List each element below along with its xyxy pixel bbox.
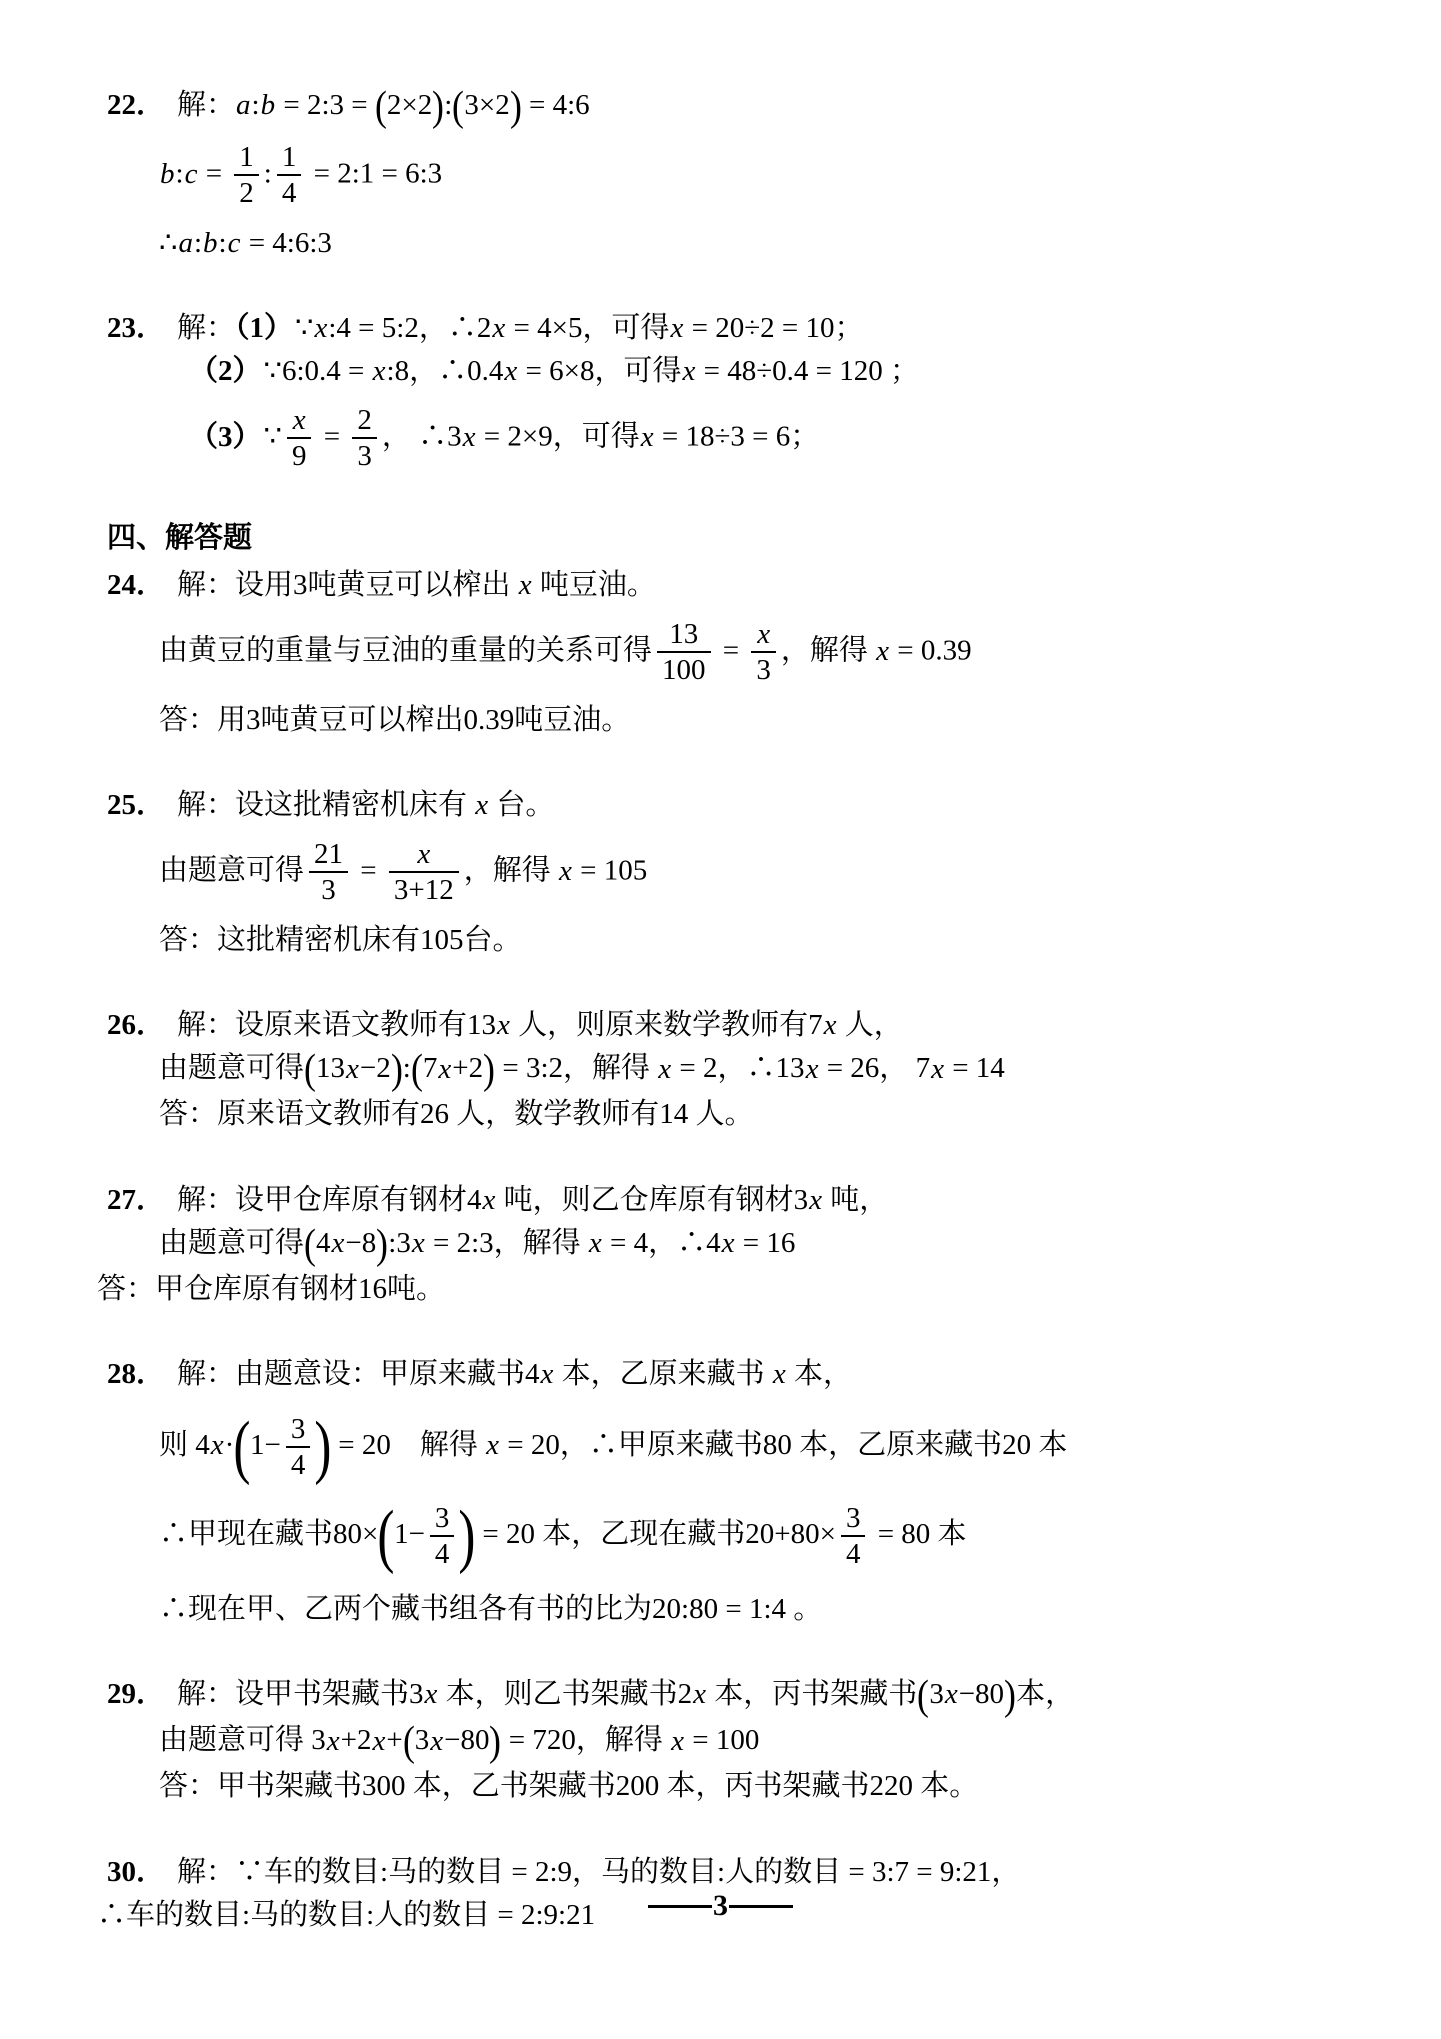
text-run: 答：原来语文教师有 bbox=[159, 1098, 420, 1130]
problem-28: 28．解：由题意设：甲原来藏书4x 本，乙原来藏书 x 本，则 4x·(1−34… bbox=[97, 1355, 1411, 1629]
math-run: 3x+2x+ bbox=[304, 1725, 403, 1757]
math-run: 16 bbox=[358, 1273, 387, 1305]
text-run: 车的数目:马的数目 bbox=[264, 1856, 504, 1888]
paren: ) bbox=[490, 1721, 502, 1763]
text-run: 甲现在藏书 bbox=[188, 1518, 333, 1550]
text-run: 则 bbox=[159, 1429, 195, 1461]
big-paren: ( bbox=[234, 1412, 251, 1483]
text-run: 本，丙书架藏书 bbox=[659, 1770, 869, 1802]
text-run: ， bbox=[718, 1053, 747, 1085]
math-run: x = 20÷2 = 10 bbox=[670, 312, 835, 344]
line: 答：甲书架藏书300 本，乙书架藏书200 本，丙书架藏书220 本。 bbox=[97, 1767, 1411, 1806]
text-run: 本，乙原来藏书 bbox=[792, 1429, 1002, 1461]
fraction: 213 bbox=[309, 839, 348, 907]
math-run: 4x bbox=[525, 1358, 554, 1390]
math-run: 2x bbox=[678, 1678, 707, 1710]
fraction: 34 bbox=[430, 1503, 455, 1571]
math-run: 4x· bbox=[195, 1429, 234, 1461]
text-run: 解：设这批精密机床有 bbox=[177, 789, 467, 821]
math-run: x = 4 bbox=[581, 1227, 648, 1259]
fraction-denominator: 4 bbox=[430, 1535, 455, 1571]
math-run: = 720 bbox=[502, 1725, 576, 1757]
math-run: ∵6:0.4 = x:8 bbox=[264, 355, 410, 387]
page: 22．解：a:b = 2:3 = (2×2):(3×2) = 4:6b:c = … bbox=[0, 0, 1441, 2039]
line: 30．解：∵车的数目:马的数目 = 2:9，马的数目:人的数目 = 3:7 = … bbox=[97, 1853, 1411, 1892]
math-run: 3 bbox=[246, 704, 261, 736]
problem-number: 28． bbox=[107, 1358, 165, 1390]
line: 由黄豆的重量与豆油的重量的关系可得13100 = x3，解得 x = 0.39 bbox=[97, 619, 1411, 687]
math-run: x bbox=[765, 1358, 794, 1390]
math-run: :3x = 2:3 bbox=[388, 1227, 493, 1259]
math-run: = 4:6 bbox=[522, 89, 590, 121]
fraction-numerator: 2 bbox=[352, 405, 377, 437]
line: 答：这批精密机床有105台。 bbox=[97, 921, 1411, 960]
math-run: = 3:7 = 9:21 bbox=[841, 1856, 991, 1888]
math-run: = bbox=[316, 421, 347, 453]
text-run: 由题意可得 bbox=[159, 1725, 304, 1757]
math-run: 3x−80 bbox=[415, 1725, 490, 1757]
page-footer: 3 bbox=[0, 1888, 1441, 1923]
text-run: ，解得 bbox=[464, 855, 551, 887]
math-run: 3×2 bbox=[464, 89, 509, 121]
text-run: ，可得 bbox=[582, 312, 669, 344]
line: 则 4x·(1−34) = 20 解得 x = 20，∴甲原来藏书80 本，乙原… bbox=[97, 1412, 1411, 1483]
text-run: ，可得 bbox=[553, 421, 640, 453]
text-run: 解： bbox=[177, 312, 235, 344]
paren: ( bbox=[411, 1049, 423, 1091]
text-run: ， bbox=[409, 355, 438, 387]
math-run: ∵x:4 = 5:2 bbox=[295, 312, 419, 344]
problem-number: 30． bbox=[107, 1856, 165, 1888]
paren: ) bbox=[1004, 1675, 1016, 1717]
math-run: 7x+2 bbox=[423, 1053, 483, 1085]
math-run: 14 bbox=[659, 1098, 688, 1130]
math-run: ∴3x = 2×9 bbox=[411, 421, 553, 453]
line: （3）∵x9 = 23， ∴3x = 2×9，可得x = 18÷3 = 6； bbox=[97, 405, 1411, 473]
math-run: 7x bbox=[808, 1009, 837, 1041]
fraction-numerator: x bbox=[389, 839, 459, 871]
problem-22: 22．解：a:b = 2:3 = (2×2):(3×2) = 4:6b:c = … bbox=[97, 86, 1411, 263]
fraction-denominator: 3 bbox=[309, 871, 348, 907]
math-run: x = 20 bbox=[485, 1429, 560, 1461]
text-run: 本。 bbox=[913, 1770, 978, 1802]
math-run: 3x bbox=[409, 1678, 438, 1710]
math-run: ∴ bbox=[159, 1518, 188, 1550]
text-run: 吨黄豆可以榨出 bbox=[308, 569, 511, 601]
paren: ) bbox=[391, 1049, 403, 1091]
fraction: 12 bbox=[234, 142, 259, 210]
text-run: ， bbox=[648, 1227, 677, 1259]
page-number: 3 bbox=[713, 1889, 728, 1923]
fraction: 34 bbox=[841, 1503, 866, 1571]
fraction-denominator: 4 bbox=[277, 174, 302, 210]
line: 由题意可得213 = x3+12，解得 x = 105 bbox=[97, 839, 1411, 907]
line: 由题意可得(13x−2):(7x+2) = 3:2，解得 x = 2，∴13x … bbox=[97, 1049, 1411, 1091]
list-marker: （1） bbox=[235, 312, 293, 344]
math-run: x bbox=[467, 789, 496, 821]
fraction-numerator: 21 bbox=[309, 839, 348, 871]
big-paren: ) bbox=[459, 1501, 476, 1572]
fraction-denominator: 9 bbox=[287, 437, 312, 473]
text-run: 解：设原来语文教师有 bbox=[177, 1009, 467, 1041]
text-run: 本，则乙书架藏书 bbox=[438, 1678, 677, 1710]
line: 26．解：设原来语文教师有13x 人，则原来数学教师有7x 人， bbox=[97, 1006, 1411, 1045]
math-run: = 80 bbox=[870, 1518, 930, 1550]
line: 25．解：设这批精密机床有 x 台。 bbox=[97, 786, 1411, 825]
math-run: = bbox=[716, 635, 747, 667]
math-run: 80× bbox=[333, 1518, 378, 1550]
text-run: ，解得 bbox=[781, 635, 868, 667]
text-run: ，解得 bbox=[576, 1725, 663, 1757]
line: 答：甲仓库原有钢材16吨。 bbox=[97, 1270, 1411, 1309]
math-run: 105 bbox=[420, 924, 464, 956]
math-run: 80 bbox=[763, 1429, 792, 1461]
fraction: x9 bbox=[287, 405, 312, 473]
fraction-numerator: 3 bbox=[841, 1503, 866, 1535]
math-run: 7x = 14 bbox=[908, 1053, 1004, 1085]
fraction: 23 bbox=[352, 405, 377, 473]
math-run: 220 bbox=[870, 1770, 914, 1802]
problem-number: 29． bbox=[107, 1678, 165, 1710]
text-run: 解：设甲仓库原有钢材 bbox=[177, 1184, 467, 1216]
text-run: 现在甲、乙两个藏书组各有书的比为 bbox=[188, 1593, 652, 1625]
paren: ( bbox=[917, 1675, 929, 1717]
fraction-denominator: 3 bbox=[751, 651, 776, 687]
text-run: 由题意可得 bbox=[159, 1227, 304, 1259]
paren: ( bbox=[403, 1721, 415, 1763]
math-run: x = 18÷3 = 6 bbox=[640, 421, 791, 453]
math-run: 3 bbox=[293, 569, 308, 601]
math-run: a:b = 2:3 = bbox=[235, 89, 375, 121]
text-run: ，∴甲原来藏书 bbox=[560, 1429, 763, 1461]
fraction-numerator: 1 bbox=[277, 142, 302, 174]
text-run: 解：由题意设：甲原来藏书 bbox=[177, 1358, 525, 1390]
text-run: 人，则原来数学教师有 bbox=[511, 1009, 808, 1041]
text-run: 本，乙原来藏书 bbox=[554, 1358, 764, 1390]
line: 22．解：a:b = 2:3 = (2×2):(3×2) = 4:6 bbox=[97, 86, 1411, 128]
text-run: 本，丙书架藏书 bbox=[707, 1678, 917, 1710]
text-run: ， bbox=[382, 421, 411, 453]
text-run: 解： bbox=[177, 89, 235, 121]
paren: ( bbox=[304, 1049, 316, 1091]
big-paren: ( bbox=[378, 1501, 395, 1572]
math-run: 1− bbox=[250, 1429, 281, 1461]
document-body: 22．解：a:b = 2:3 = (2×2):(3×2) = 4:6b:c = … bbox=[0, 0, 1441, 1935]
paren: ) bbox=[510, 86, 522, 128]
fraction-denominator: 4 bbox=[286, 1446, 311, 1482]
math-run: 20:80 = 1:4 bbox=[652, 1593, 786, 1625]
fraction-denominator: 2 bbox=[234, 174, 259, 210]
math-run: ∵ bbox=[235, 1856, 264, 1888]
text-run: ， bbox=[879, 1053, 908, 1085]
text-run: 台。 bbox=[496, 789, 554, 821]
text-run: 台。 bbox=[464, 924, 522, 956]
math-run: 4x−8 bbox=[316, 1227, 376, 1259]
math-run: ∴a:b:c = 4:6:3 bbox=[159, 227, 332, 259]
fraction-numerator: x bbox=[287, 405, 312, 437]
line: 答：用3吨黄豆可以榨出0.39吨豆油。 bbox=[97, 701, 1411, 740]
math-run: = 20 bbox=[331, 1429, 391, 1461]
text-run: 答：这批精密机床有 bbox=[159, 924, 420, 956]
text-run: 由题意可得 bbox=[159, 855, 304, 887]
text-run: 本 bbox=[1031, 1429, 1067, 1461]
text-run: 答：甲书架藏书 bbox=[159, 1770, 362, 1802]
math-run: x = 0.39 bbox=[868, 635, 972, 667]
fraction-numerator: x bbox=[751, 619, 776, 651]
line: ∴a:b:c = 4:6:3 bbox=[97, 224, 1411, 263]
line: 28．解：由题意设：甲原来藏书4x 本，乙原来藏书 x 本， bbox=[97, 1355, 1411, 1394]
text-run: 解：设甲书架藏书 bbox=[177, 1678, 409, 1710]
text-run: ，马的数目:人的数目 bbox=[572, 1856, 841, 1888]
fraction-denominator: 3+12 bbox=[389, 871, 459, 907]
problem-25: 25．解：设这批精密机床有 x 台。由题意可得213 = x3+12，解得 x … bbox=[97, 786, 1411, 960]
text-run: 吨黄豆可以榨出 bbox=[261, 704, 464, 736]
text-run: 本， bbox=[794, 1358, 852, 1390]
fraction-denominator: 4 bbox=[841, 1535, 866, 1571]
line: 24．解：设用3吨黄豆可以榨出 x 吨豆油。 bbox=[97, 566, 1411, 605]
line: b:c = 12:14 = 2:1 = 6:3 bbox=[97, 142, 1411, 210]
text-run: 本 bbox=[930, 1518, 966, 1550]
text-run: 吨豆油。 bbox=[540, 569, 656, 601]
math-run: : bbox=[403, 1053, 411, 1085]
math-run: 300 bbox=[362, 1770, 406, 1802]
paren: ) bbox=[432, 86, 444, 128]
fraction-numerator: 3 bbox=[286, 1414, 311, 1446]
text-run: 解：设用 bbox=[177, 569, 293, 601]
text-run: ，解得 bbox=[563, 1053, 650, 1085]
text-run: ， bbox=[991, 1856, 1020, 1888]
problem-24: 24．解：设用3吨黄豆可以榨出 x 吨豆油。由黄豆的重量与豆油的重量的关系可得1… bbox=[97, 566, 1411, 740]
line: 23．解：（1）∵x:4 = 5:2，∴2x = 4×5，可得x = 20÷2 … bbox=[97, 309, 1411, 348]
math-run: = 2:1 = 6:3 bbox=[306, 158, 442, 190]
text-run: 答：甲仓库原有钢材 bbox=[97, 1273, 358, 1305]
text-run: 人，数学教师有 bbox=[449, 1098, 659, 1130]
text-run: ， bbox=[419, 312, 448, 344]
line: 由题意可得(4x−8):3x = 2:3，解得 x = 4，∴4x = 16 bbox=[97, 1224, 1411, 1266]
problem-26: 26．解：设原来语文教师有13x 人，则原来数学教师有7x 人，由题意可得(13… bbox=[97, 1006, 1411, 1134]
text-run: ； bbox=[835, 312, 864, 344]
math-run: x bbox=[511, 569, 540, 601]
fraction: x3+12 bbox=[389, 839, 459, 907]
line: 29．解：设甲书架藏书3x 本，则乙书架藏书2x 本，丙书架藏书(3x−80)本… bbox=[97, 1675, 1411, 1717]
math-run: = 3:2 bbox=[495, 1053, 563, 1085]
fraction: x3 bbox=[751, 619, 776, 687]
text-run: 本， bbox=[1016, 1678, 1074, 1710]
math-run: 3x bbox=[794, 1184, 823, 1216]
text-run: ，可得 bbox=[594, 355, 681, 387]
text-run: 人。 bbox=[688, 1098, 753, 1130]
line: ∴甲现在藏书80×(1−34) = 20 本，乙现在藏书20+80×34 = 8… bbox=[97, 1501, 1411, 1572]
math-run: ∴ bbox=[159, 1593, 188, 1625]
problem-number: 27． bbox=[107, 1184, 165, 1216]
footer-dash-left bbox=[648, 1905, 712, 1908]
text-run: 吨， bbox=[823, 1184, 888, 1216]
paren: ( bbox=[452, 86, 464, 128]
text-run: 解得 bbox=[391, 1429, 485, 1461]
text-run: 本，乙书架藏书 bbox=[406, 1770, 616, 1802]
problem-27: 27．解：设甲仓库原有钢材4x 吨，则乙仓库原有钢材3x 吨，由题意可得(4x−… bbox=[97, 1181, 1411, 1309]
text-run: 。 bbox=[786, 1593, 822, 1625]
section-heading: 四、解答题 bbox=[97, 519, 1411, 558]
paren: ) bbox=[483, 1049, 495, 1091]
text-run: ； bbox=[790, 421, 819, 453]
line: （2）∵6:0.4 = x:8，∴0.4x = 6×8，可得x = 48÷0.4… bbox=[97, 352, 1411, 391]
footer-dash-right bbox=[729, 1905, 793, 1908]
fraction-numerator: 3 bbox=[430, 1503, 455, 1535]
math-run: 200 bbox=[616, 1770, 660, 1802]
problem-23: 23．解：（1）∵x:4 = 5:2，∴2x = 4×5，可得x = 20÷2 … bbox=[97, 309, 1411, 473]
math-run: ∴13x = 26 bbox=[747, 1053, 880, 1085]
text-run: 吨，则乙仓库原有钢材 bbox=[496, 1184, 793, 1216]
math-run: 0.39 bbox=[464, 704, 515, 736]
fraction: 13100 bbox=[657, 619, 711, 687]
math-run: 3x−80 bbox=[929, 1678, 1004, 1710]
fraction: 34 bbox=[286, 1414, 311, 1482]
math-run: 13x bbox=[467, 1009, 511, 1041]
math-run: = bbox=[353, 855, 384, 887]
list-marker: （2） bbox=[189, 355, 262, 387]
paren: ) bbox=[376, 1224, 388, 1266]
fraction-denominator: 3 bbox=[352, 437, 377, 473]
math-run: b:c = bbox=[159, 158, 229, 190]
math-run: ∴4x = 16 bbox=[677, 1227, 795, 1259]
text-run: 吨。 bbox=[387, 1273, 445, 1305]
text-run: 由黄豆的重量与豆油的重量的关系可得 bbox=[159, 635, 652, 667]
problem-number: 25． bbox=[107, 789, 165, 821]
math-run: = 2:9 bbox=[504, 1856, 572, 1888]
math-run: ∵ bbox=[264, 421, 282, 453]
line: 由题意可得 3x+2x+(3x−80) = 720，解得 x = 100 bbox=[97, 1721, 1411, 1763]
math-run: x = 105 bbox=[551, 855, 647, 887]
line: ∴现在甲、乙两个藏书组各有书的比为20:80 = 1:4 。 bbox=[97, 1590, 1411, 1629]
paren: ( bbox=[304, 1224, 316, 1266]
line: 答：原来语文教师有26 人，数学教师有14 人。 bbox=[97, 1095, 1411, 1134]
paren: ( bbox=[375, 86, 387, 128]
text-run: ； bbox=[883, 355, 919, 387]
text-run: 由题意可得 bbox=[159, 1053, 304, 1085]
math-run: ∴0.4x = 6×8 bbox=[438, 355, 594, 387]
math-run: x = 48÷0.4 = 120 bbox=[681, 355, 882, 387]
text-run: 吨豆油。 bbox=[514, 704, 630, 736]
math-run: 13x−2 bbox=[316, 1053, 391, 1085]
problem-number: 24． bbox=[107, 569, 165, 601]
math-run: = 20 bbox=[475, 1518, 535, 1550]
math-run: 20+80× bbox=[745, 1518, 836, 1550]
problem-number: 22． bbox=[107, 89, 165, 121]
problem-number: 23． bbox=[107, 312, 165, 344]
math-run: 1− bbox=[394, 1518, 425, 1550]
math-run: ∴2x = 4×5 bbox=[448, 312, 583, 344]
text-run: 人， bbox=[838, 1009, 903, 1041]
math-run: 20 bbox=[1002, 1429, 1031, 1461]
fraction-numerator: 13 bbox=[657, 619, 711, 651]
line: 27．解：设甲仓库原有钢材4x 吨，则乙仓库原有钢材3x 吨， bbox=[97, 1181, 1411, 1220]
fraction-numerator: 1 bbox=[234, 142, 259, 174]
fraction: 14 bbox=[277, 142, 302, 210]
fraction-denominator: 100 bbox=[657, 651, 711, 687]
text-run: 解： bbox=[177, 1856, 235, 1888]
problem-number: 26． bbox=[107, 1009, 165, 1041]
math-run: 4x bbox=[467, 1184, 496, 1216]
text-run: 本，乙现在藏书 bbox=[535, 1518, 745, 1550]
problem-29: 29．解：设甲书架藏书3x 本，则乙书架藏书2x 本，丙书架藏书(3x−80)本… bbox=[97, 1675, 1411, 1806]
math-run: 26 bbox=[420, 1098, 449, 1130]
math-run: : bbox=[264, 158, 272, 190]
math-run: x = 2 bbox=[650, 1053, 717, 1085]
math-run: x = 100 bbox=[663, 1725, 759, 1757]
text-run: 答：用 bbox=[159, 704, 246, 736]
big-paren: ) bbox=[315, 1412, 332, 1483]
text-run: ，解得 bbox=[494, 1227, 581, 1259]
list-marker: （3） bbox=[189, 421, 262, 453]
math-run: 2×2 bbox=[387, 89, 432, 121]
